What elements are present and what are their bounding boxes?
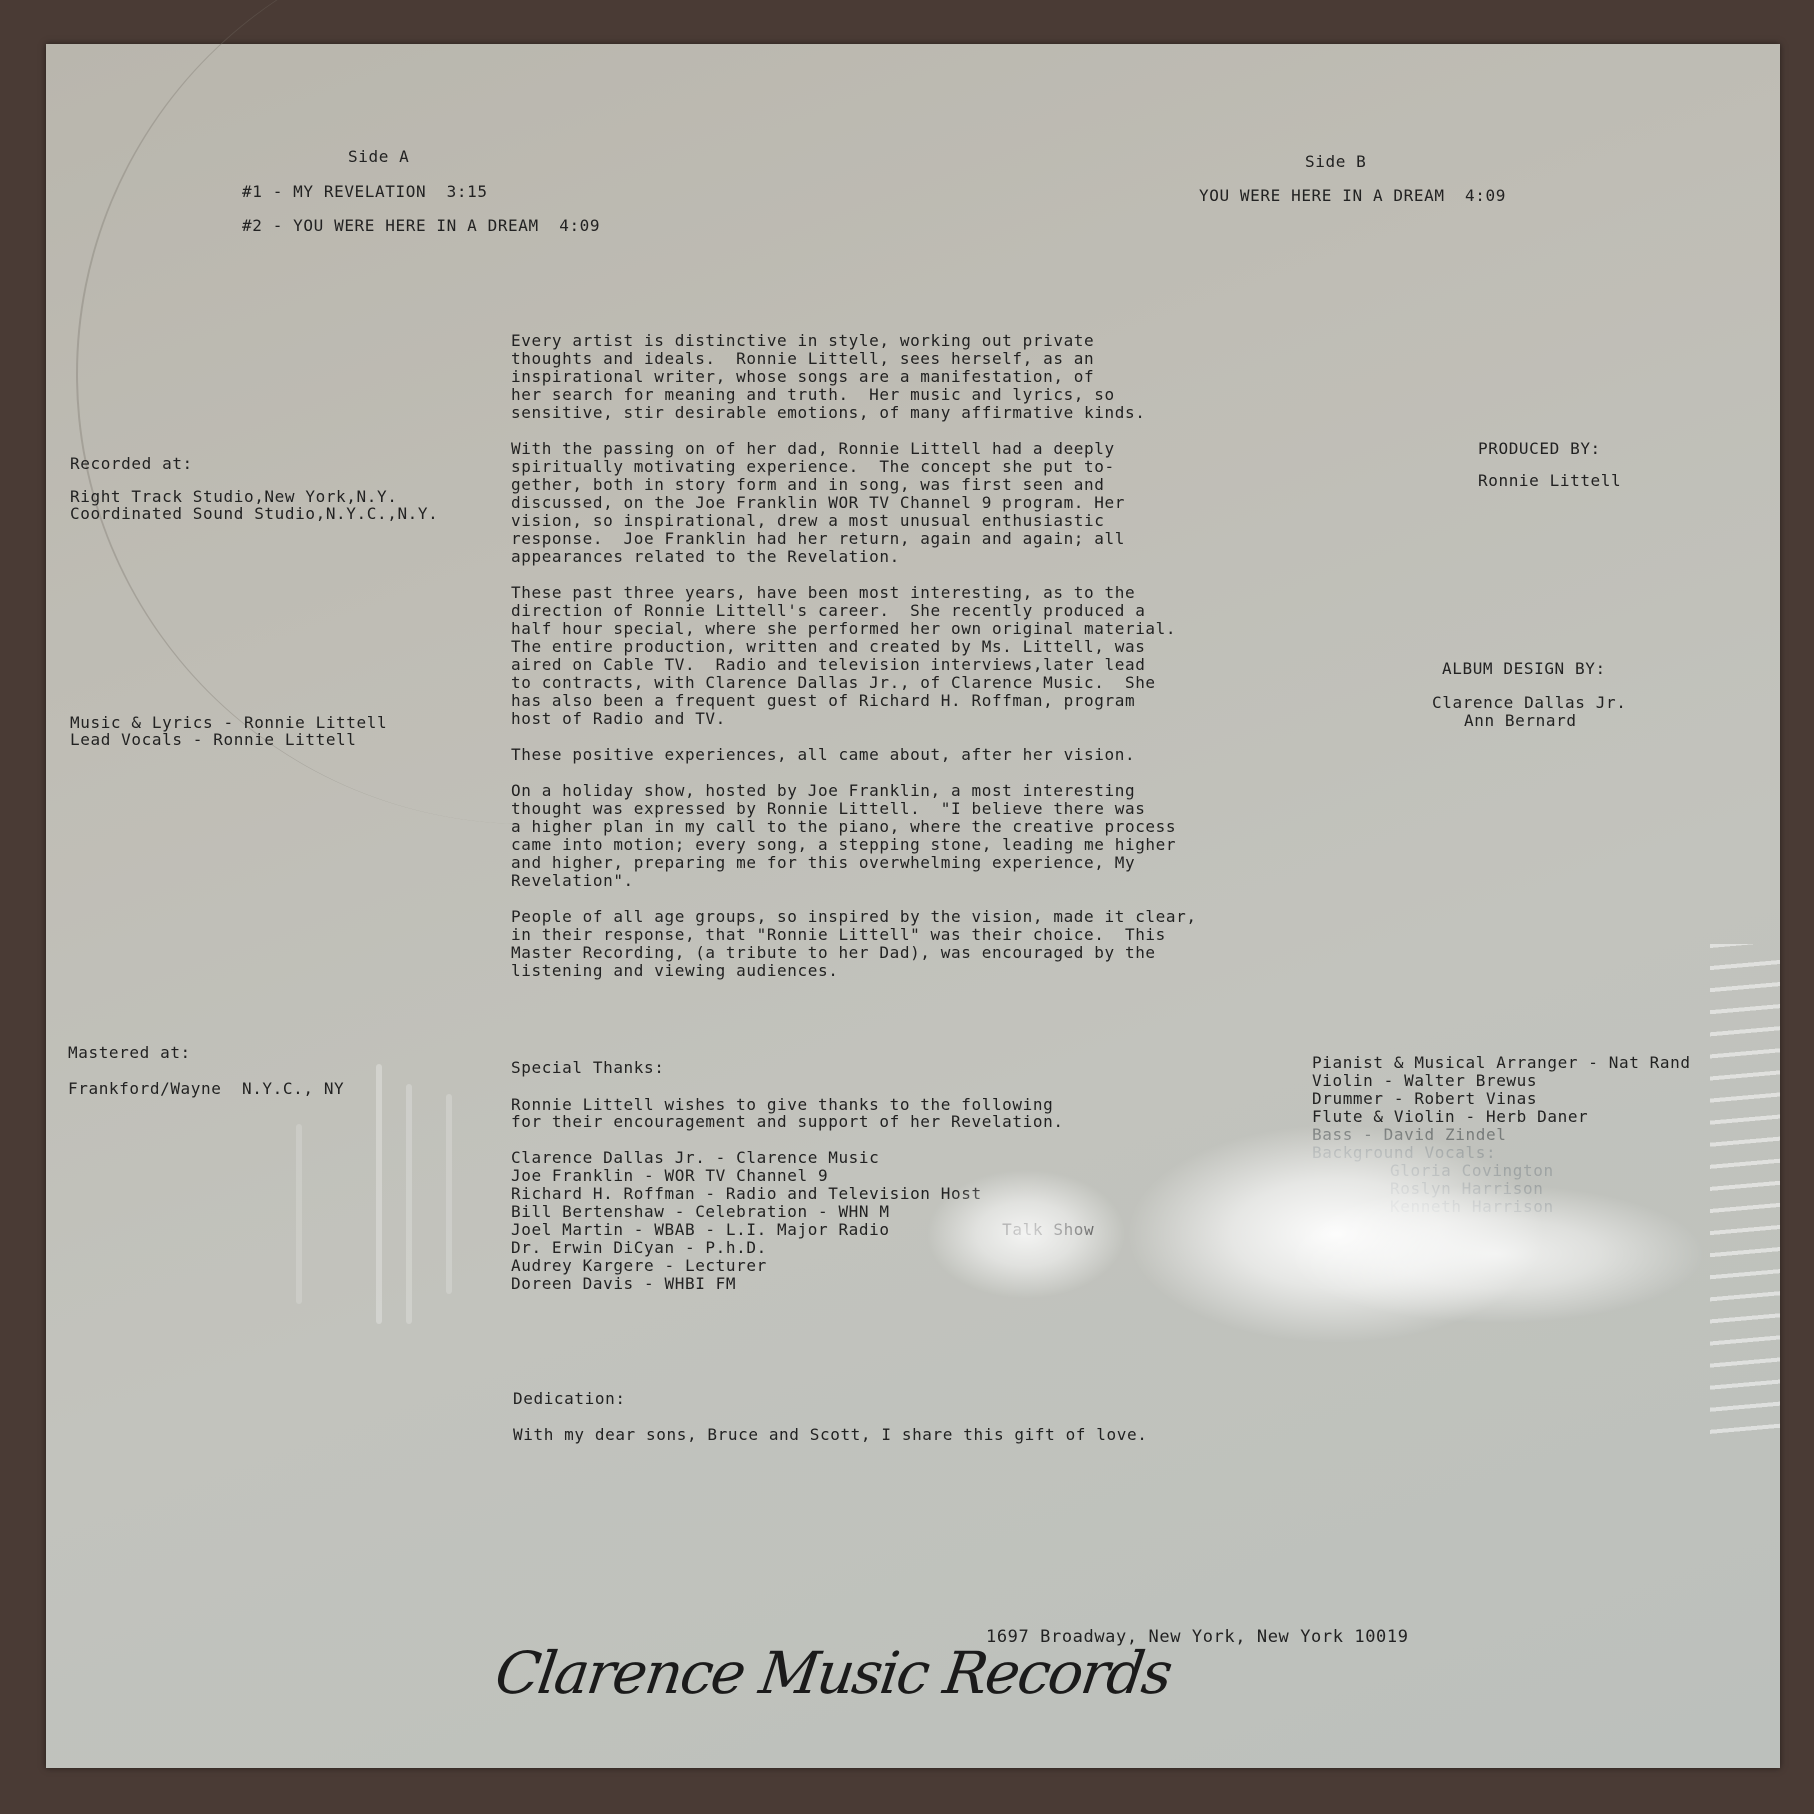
thanks-entry: Bill Bertenshaw - Celebration - WHN M: [511, 1203, 1094, 1221]
thanks-entry: Joe Franklin - WOR TV Channel 9: [511, 1167, 1094, 1185]
label-address: 1697 Broadway, New York, New York 10019: [986, 1628, 1409, 1646]
shrinkwrap-streak: [296, 1124, 302, 1304]
thanks-entry: Joel Martin - WBAB - L.I. Major Radio Ta…: [511, 1221, 1094, 1239]
shrinkwrap-wrinkles: [1710, 944, 1780, 1444]
thanks-heading: Special Thanks:: [511, 1059, 665, 1077]
musician-credit: Bass - David Zindel: [1312, 1126, 1691, 1144]
studio-line: Coordinated Sound Studio,N.Y.C.,N.Y.: [70, 505, 438, 523]
lead-vocals-credit: Lead Vocals - Ronnie Littell: [70, 731, 357, 749]
background-vocalist: Kenneth Harrison: [1312, 1198, 1691, 1216]
shrinkwrap-streak: [446, 1094, 452, 1294]
thanks-list: Clarence Dallas Jr. - Clarence MusicJoe …: [511, 1149, 1094, 1293]
liner-notes-paragraph: On a holiday show, hosted by Joe Frankli…: [511, 782, 1197, 890]
album-back-cover: Side A #1 - MY REVELATION 3:15 #2 - YOU …: [46, 44, 1780, 1768]
designer-name: Clarence Dallas Jr.: [1432, 694, 1626, 712]
dedication-text: With my dear sons, Bruce and Scott, I sh…: [513, 1426, 1147, 1444]
clarence-music-records-logo: Clarence Music Records: [491, 1639, 1175, 1707]
side-a-track: #2 - YOU WERE HERE IN A DREAM 4:09: [242, 217, 600, 235]
background-vocalist: Gloria Covington: [1312, 1162, 1691, 1180]
dedication-heading: Dedication:: [513, 1390, 626, 1408]
liner-notes-paragraph: People of all age groups, so inspired by…: [511, 908, 1197, 980]
liner-notes-paragraph: These positive experiences, all came abo…: [511, 746, 1197, 764]
thanks-intro: for their encouragement and support of h…: [511, 1113, 1064, 1131]
side-b-heading: Side B: [1305, 153, 1366, 171]
design-heading: ALBUM DESIGN BY:: [1442, 660, 1606, 678]
thanks-entry: Richard H. Roffman - Radio and Televisio…: [511, 1185, 1094, 1203]
musician-credits: Pianist & Musical Arranger - Nat RandVio…: [1312, 1054, 1691, 1216]
musician-credit: Drummer - Robert Vinas: [1312, 1090, 1691, 1108]
recorded-heading: Recorded at:: [70, 455, 193, 473]
mastered-heading: Mastered at:: [68, 1044, 191, 1062]
thanks-entry: Clarence Dallas Jr. - Clarence Music: [511, 1149, 1094, 1167]
shrinkwrap-streak: [376, 1064, 382, 1324]
designer-name: Ann Bernard: [1464, 712, 1577, 730]
produced-heading: PRODUCED BY:: [1478, 440, 1601, 458]
side-b-track: YOU WERE HERE IN A DREAM 4:09: [1199, 187, 1506, 205]
musician-credit: Violin - Walter Brewus: [1312, 1072, 1691, 1090]
side-a-heading: Side A: [348, 148, 409, 166]
side-a-track: #1 - MY REVELATION 3:15: [242, 183, 488, 201]
thanks-entry: Dr. Erwin DiCyan - P.h.D.: [511, 1239, 1094, 1257]
liner-notes: Every artist is distinctive in style, wo…: [511, 332, 1197, 998]
mastered-line: Frankford/Wayne N.Y.C., NY: [68, 1080, 344, 1098]
musician-credit: Background Vocals:: [1312, 1144, 1691, 1162]
background-vocalist: Roslyn Harrison: [1312, 1180, 1691, 1198]
liner-notes-paragraph: With the passing on of her dad, Ronnie L…: [511, 440, 1197, 566]
thanks-entry: Doreen Davis - WHBI FM: [511, 1275, 1094, 1293]
shrinkwrap-streak: [406, 1084, 412, 1324]
producer-name: Ronnie Littell: [1478, 472, 1621, 490]
musician-credit: Flute & Violin - Herb Daner: [1312, 1108, 1691, 1126]
liner-notes-paragraph: Every artist is distinctive in style, wo…: [511, 332, 1197, 422]
thanks-entry: Audrey Kargere - Lecturer: [511, 1257, 1094, 1275]
liner-notes-paragraph: These past three years, have been most i…: [511, 584, 1197, 728]
musician-credit: Pianist & Musical Arranger - Nat Rand: [1312, 1054, 1691, 1072]
